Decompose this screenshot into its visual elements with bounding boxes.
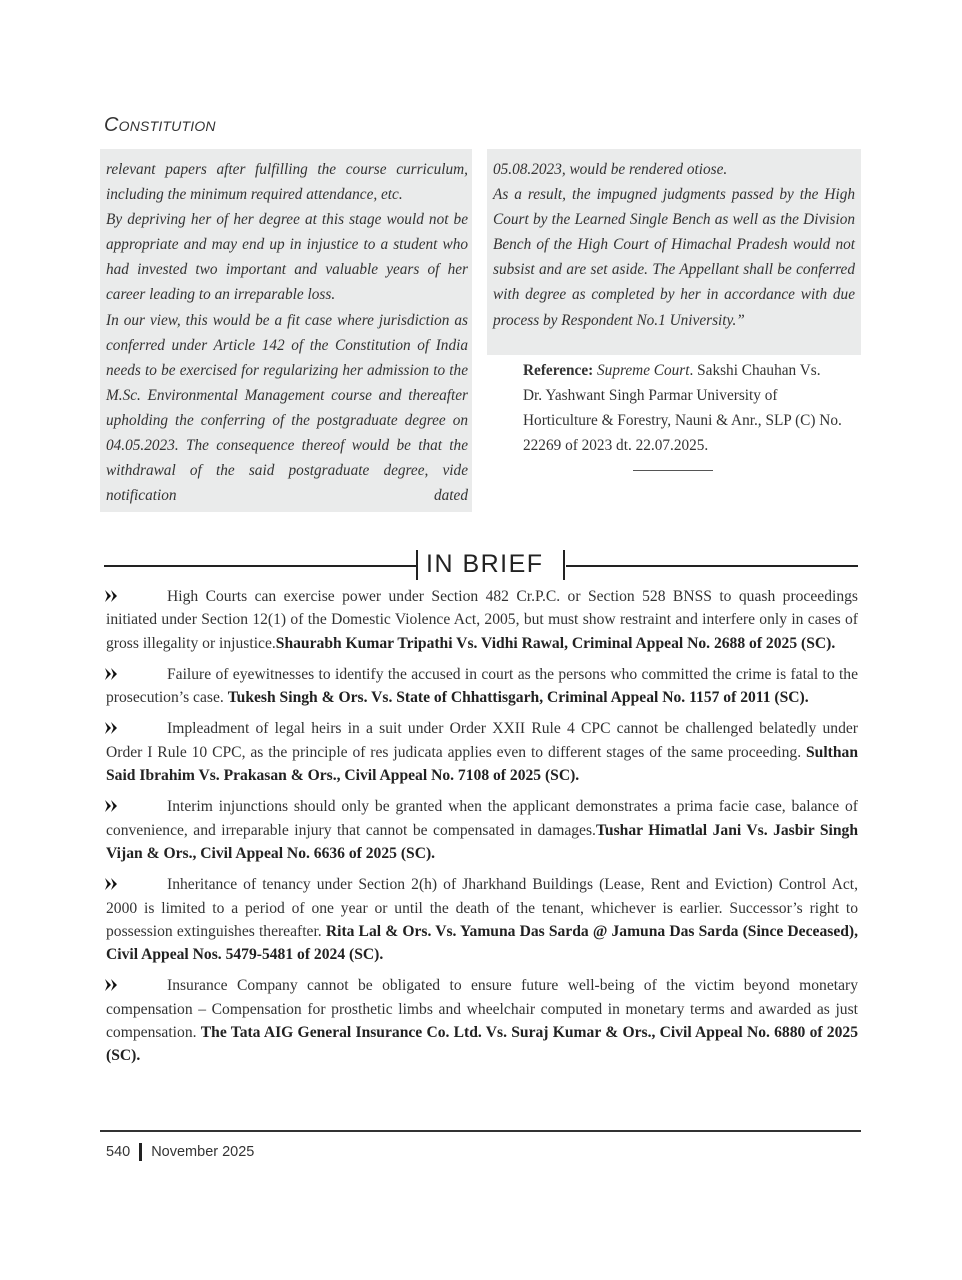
brief-item: Interim injunctions should only be grant… [106,795,858,865]
double-chevron-bullet-icon [104,720,120,736]
header-tick-right [563,550,565,580]
section-heading: Constitution [104,114,216,137]
quote-paragraph: By depriving her of her degree at this s… [106,207,468,307]
quote-paragraph: As a result, the impugned judgments pass… [493,182,855,333]
page-footer: 540 November 2025 [106,1143,254,1161]
quote-paragraph: 05.08.2023, would be rendered otiose. [493,157,855,182]
brief-citation: Tukesh Singh & Ors. Vs. State of Chhatti… [228,689,809,706]
header-rule-left [104,565,417,567]
quote-box-right: 05.08.2023, would be rendered otiose. As… [487,149,861,355]
quote-paragraph: relevant papers after fulfilling the cou… [106,157,468,207]
footer-separator [139,1143,142,1161]
reference-court: Supreme Court [597,362,689,379]
double-chevron-bullet-icon [104,798,120,814]
quote-paragraph: In our view, this would be a fit case wh… [106,308,468,509]
brief-item: Impleadment of legal heirs in a suit und… [106,717,858,787]
case-reference: Reference: Supreme Court. Sakshi Chauhan… [523,358,843,458]
issue-date: November 2025 [151,1144,254,1160]
reference-label: Reference: [523,362,593,379]
page-number: 540 [106,1144,130,1160]
in-brief-list: High Courts can exercise power under Sec… [106,585,858,1076]
footer-rule [100,1130,861,1132]
brief-text: Impleadment of legal heirs in a suit und… [106,720,858,760]
brief-item: Failure of eyewitnesses to identify the … [106,663,858,710]
double-chevron-bullet-icon [104,977,120,993]
in-brief-title: IN BRIEF [426,550,544,579]
double-chevron-bullet-icon [104,876,120,892]
header-tick-left [416,550,418,580]
double-chevron-bullet-icon [104,666,120,682]
in-brief-header: IN BRIEF [104,548,858,582]
brief-item: High Courts can exercise power under Sec… [106,585,858,655]
double-chevron-bullet-icon [104,588,120,604]
header-rule-right [566,565,858,567]
brief-item: Insurance Company cannot be obligated to… [106,974,858,1067]
brief-item: Inheritance of tenancy under Section 2(h… [106,873,858,966]
quote-box-left: relevant papers after fulfilling the cou… [100,149,472,512]
brief-citation: Shaurabh Kumar Tripathi Vs. Vidhi Rawal,… [276,635,835,652]
brief-citation: The Tata AIG General Insurance Co. Ltd. … [106,1024,858,1064]
reference-divider [633,470,713,471]
